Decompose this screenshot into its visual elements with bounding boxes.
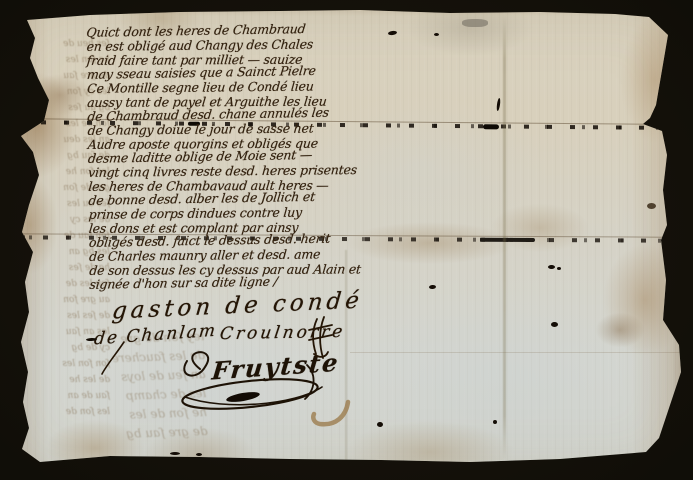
ink-speck — [170, 452, 180, 455]
bleedthrough-line: de ſes les — [22, 308, 110, 324]
scan-background: ſes beu dehe ſon lesde gre ſaules cy fon… — [0, 0, 693, 480]
signature-descender-stroke — [98, 340, 128, 376]
ink-speck — [548, 265, 555, 269]
bleedthrough-line: au gre fon — [22, 292, 110, 308]
fold-crease-faint — [350, 352, 680, 353]
ink-speck — [377, 422, 383, 427]
grey-smudge — [462, 19, 488, 27]
ink-speck — [434, 33, 439, 36]
ink-speck — [551, 322, 558, 327]
ink-speck — [557, 267, 561, 270]
ink-blot — [226, 390, 261, 404]
ink-speck — [196, 453, 202, 456]
fold-crease-vertical — [503, 14, 506, 460]
ink-speck — [493, 420, 497, 424]
manuscript-page: ſes beu dehe ſon lesde gre ſaules cy fon… — [0, 0, 693, 480]
fold-hole — [483, 124, 499, 129]
fold-hole — [480, 238, 535, 242]
ink-speck — [647, 203, 656, 209]
brown-hook-mark — [308, 398, 352, 432]
manuscript-text: Quict dont les heres de Chambrauden est … — [86, 22, 391, 292]
